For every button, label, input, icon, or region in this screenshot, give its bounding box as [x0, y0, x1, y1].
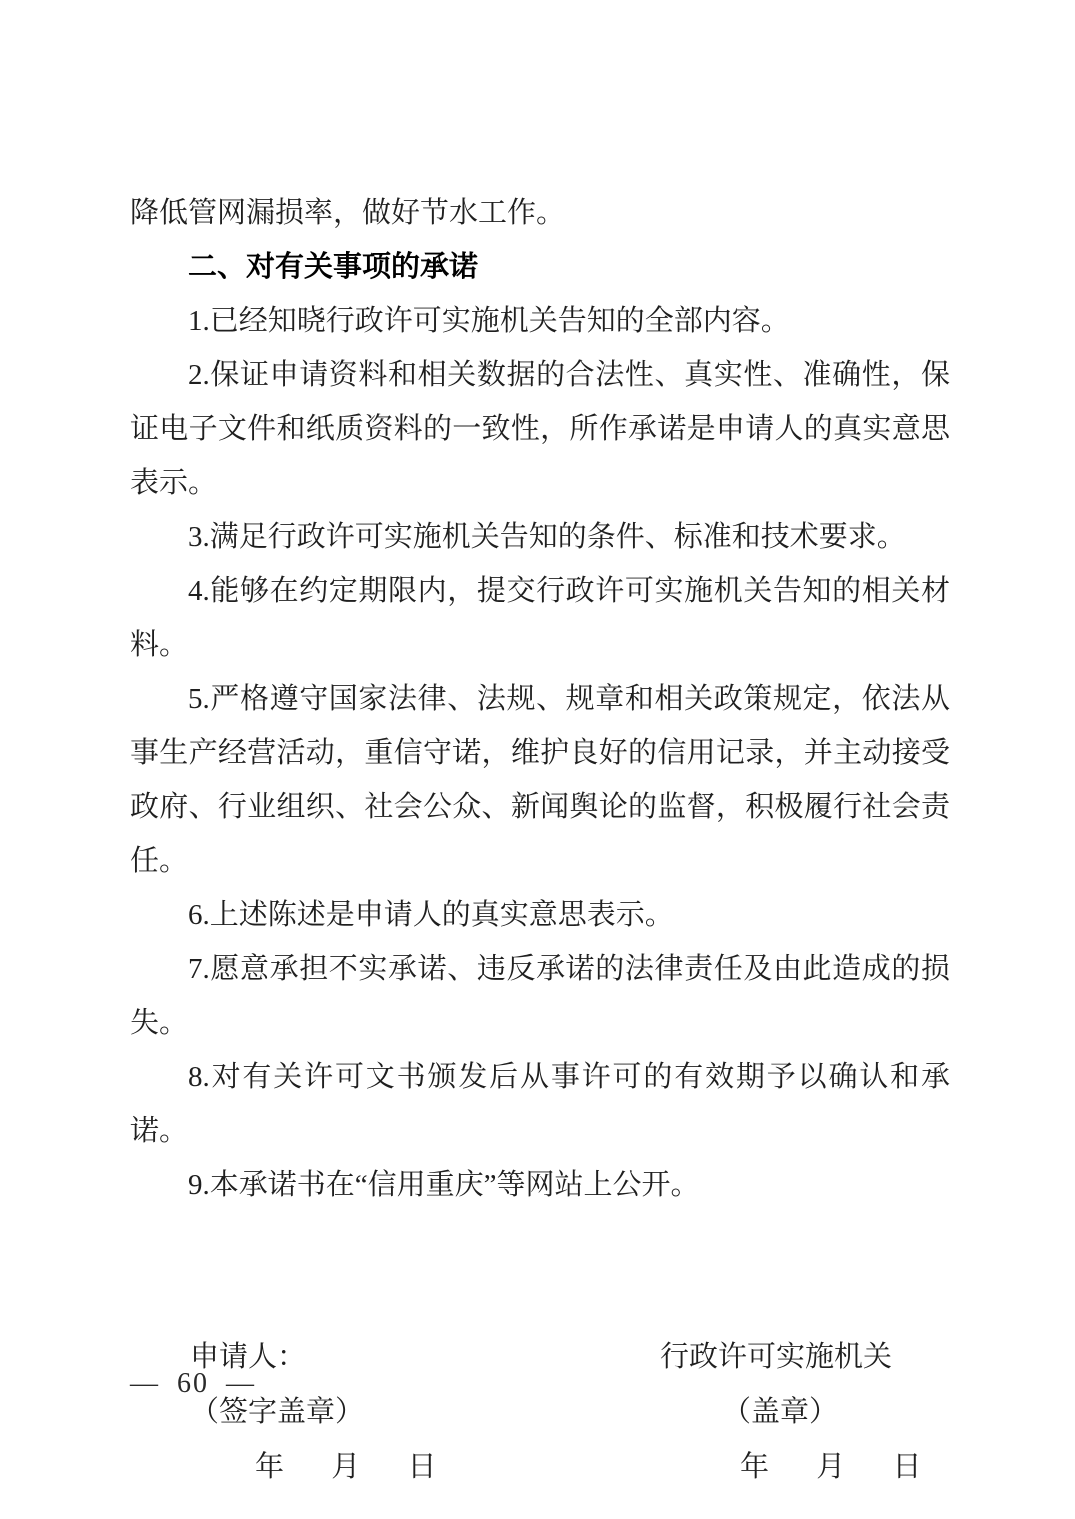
list-item-6: 6.上述陈述是申请人的真实意思表示。	[130, 888, 950, 942]
list-item-4: 4.能够在约定期限内，提交行政许可实施机关告知的相关材料。	[130, 564, 950, 672]
document-body: 降低管网漏损率，做好节水工作。 二、对有关事项的承诺 1.已经知晓行政许可实施机…	[130, 186, 950, 1495]
applicant-label: 申请人：	[190, 1330, 660, 1385]
list-item-8: 8.对有关许可文书颁发后从事许可的有效期予以确认和承诺。	[130, 1050, 950, 1158]
list-item-1: 1.已经知晓行政许可实施机关告知的全部内容。	[130, 294, 950, 348]
authority-seal-note: （盖章）	[660, 1385, 950, 1440]
list-item-7: 7.愿意承担不实承诺、违反承诺的法律责任及由此造成的损失。	[130, 942, 950, 1050]
applicant-signature-area: 申请人： （签字盖章） 年 月 日	[190, 1330, 660, 1495]
page-number: — 60 —	[130, 1368, 256, 1400]
document-page: 降低管网漏损率，做好节水工作。 二、对有关事项的承诺 1.已经知晓行政许可实施机…	[0, 0, 1075, 1519]
list-item-9: 9.本承诺书在“信用重庆”等网站上公开。	[130, 1158, 950, 1212]
list-item-5: 5.严格遵守国家法律、法规、规章和相关政策规定，依法从事生产经营活动，重信守诺，…	[130, 672, 950, 888]
authority-label: 行政许可实施机关	[660, 1330, 950, 1385]
continuation-paragraph: 降低管网漏损率，做好节水工作。	[130, 186, 950, 240]
authority-date-line: 年 月 日	[660, 1440, 950, 1495]
section-heading: 二、对有关事项的承诺	[130, 240, 950, 294]
authority-signature-area: 行政许可实施机关 （盖章） 年 月 日	[660, 1330, 950, 1495]
list-item-3: 3.满足行政许可实施机关告知的条件、标准和技术要求。	[130, 510, 950, 564]
list-item-2: 2.保证申请资料和相关数据的合法性、真实性、准确性，保证电子文件和纸质资料的一致…	[130, 348, 950, 510]
applicant-seal-note: （签字盖章）	[190, 1385, 660, 1440]
applicant-date-line: 年 月 日	[190, 1440, 660, 1495]
signature-block: 申请人： （签字盖章） 年 月 日 行政许可实施机关 （盖章） 年 月 日	[130, 1330, 950, 1495]
